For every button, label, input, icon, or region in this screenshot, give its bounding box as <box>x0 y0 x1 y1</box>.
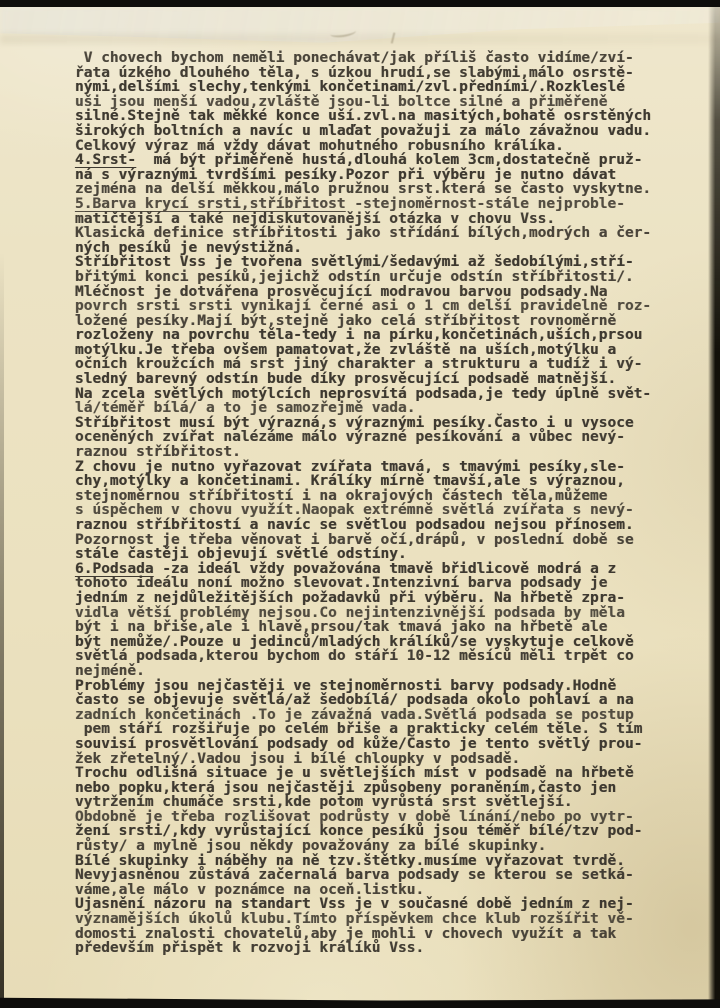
document-line: jedním z nejdůležitějších požadavků při … <box>75 591 681 606</box>
document-line: Nevyjasněnou zůstává začernalá barva pod… <box>75 868 681 883</box>
document-line: Ujasnění názoru na standart Vss je v sou… <box>75 897 681 912</box>
scan-edge-right <box>708 0 720 1008</box>
document-line: vytržením chumáče srsti,kde potom vyrůst… <box>75 795 681 810</box>
document-line: 6.Podsada -za ideál vždy považována tmav… <box>75 562 681 577</box>
document-line: motýlku.Je třeba ovšem pamatovat,že zvlá… <box>75 343 681 358</box>
document-line: ná s výraznými tvrdšími pesíky.Pozor při… <box>75 168 681 183</box>
document-line: zejména na delší měkkou,málo pružnou srs… <box>75 182 681 197</box>
document-line: Obdobně je třeba rozlišovat podrůsty v d… <box>75 810 681 825</box>
document-line: Problémy jsou nejčastěji ve stejnoměrnos… <box>75 679 681 694</box>
scan-edge-left <box>0 0 4 1008</box>
document-line: lá/téměř bílá/ a to je samozřejmě vada. <box>75 401 681 416</box>
document-line: souvisí prosvětlování podsady od kůže/Ča… <box>75 737 681 752</box>
document-line: sledný barevný odstín bude díky prosvěcu… <box>75 372 681 387</box>
document-line: pem stáří rozšiřuje po celém břiše a pra… <box>75 722 681 737</box>
scanned-document: { "document": { "type": "scanned typewri… <box>0 0 720 1008</box>
document-line: břitými konci pesíků,jejichž odstín urču… <box>75 270 681 285</box>
document-line: V chovech bychom neměli ponechávat/jak p… <box>75 51 681 66</box>
document-line: Z chovu je nutno vyřazovat zvířata tmavá… <box>75 460 681 475</box>
document-line: vidla větší problémy nejsou.Co nejintenz… <box>75 606 681 621</box>
text-block: V chovech bychom neměli ponechávat/jak p… <box>75 51 681 956</box>
document-line: žení srsti/,kdy vyrůstající konce pesíků… <box>75 824 681 839</box>
document-line: 4.Srst- má být přiměřeně hustá,dlouhá ko… <box>75 153 681 168</box>
document-line: být i na břiše,ale i hlavě,prsou/tak tma… <box>75 620 681 635</box>
document-line: váme,ale málo v poznámce na oceň.listku. <box>75 883 681 898</box>
underlined-heading: 5.Barva krycí srsti,stříbřitost <box>75 196 346 212</box>
document-line: raznou stříbřitostí a navíc se světlou p… <box>75 518 681 533</box>
document-line: Stříbřitost Vss je tvořena světlými/šeda… <box>75 255 681 270</box>
document-line: 5.Barva krycí srsti,stříbřitost -stejnom… <box>75 197 681 212</box>
document-line: Celkový výraz má vždy dávat mohutného ro… <box>75 139 681 154</box>
document-line: chy,motýlky a končetinami. Králíky mírně… <box>75 474 681 489</box>
document-line: stále častěji objevují světlé odstíny. <box>75 547 681 562</box>
document-line: Pozornost je třeba věnovat i barvě očí,d… <box>75 533 681 548</box>
document-line: Trochu odlišná situace je u světlejších … <box>75 766 681 781</box>
document-line: raznou stříbřitost. <box>75 445 681 460</box>
document-line: nejméně. <box>75 664 681 679</box>
document-line: s úspěchem v chovu využít.Naopak extrémn… <box>75 503 681 518</box>
document-line: řata úzkého dlouhého těla, s úzkou hrudí… <box>75 66 681 81</box>
document-line: rozloženy na povrchu těla-tedy i na pírk… <box>75 328 681 343</box>
document-line: ných pesíků je nevýstižná. <box>75 241 681 256</box>
document-line: tohoto ideálu noní možno slevovat.Intenz… <box>75 576 681 591</box>
document-line: očních kroužcích má srst jiný charakter … <box>75 357 681 372</box>
document-line: matičtější a také nejdiskutovanější otáz… <box>75 212 681 227</box>
underlined-heading: 4.Srst- <box>75 152 136 168</box>
document-line: oceněných zvířat nalézáme málo výrazné p… <box>75 430 681 445</box>
document-line: zadních končetinách .To je závažná vada.… <box>75 708 681 723</box>
document-line: významějších úkolů klubu.Tímto příspěvke… <box>75 912 681 927</box>
document-line: uši jsou menší vadou,zvláště jsou-li bol… <box>75 95 681 110</box>
document-line: růsty/ a mylně jsou někdy považovány za … <box>75 839 681 854</box>
document-line: Mléčnost je dotvářena prosvěcující modra… <box>75 285 681 300</box>
document-line: nými,delšími slechy,tenkými končetinami/… <box>75 80 681 95</box>
document-line: žek zřetelný/.Vadou jsou i bílé chloupky… <box>75 752 681 767</box>
document-line: stejnoměrnou stříbřitostí i na okrajovýc… <box>75 489 681 504</box>
document-line: Na zcela světlých motýlcích neprosvítá p… <box>75 387 681 402</box>
underlined-heading: 6.Podsada <box>75 561 154 577</box>
document-line: často se objevuje světlá/až šedobílá/ po… <box>75 693 681 708</box>
document-line: povrch srsti srsti vynikají černé asi o … <box>75 299 681 314</box>
paper-fold-shadow <box>0 34 720 44</box>
document-line: Klasická definice stříbřitosti jako stří… <box>75 226 681 241</box>
document-line: širokých boltních a navíc u mlaďat považ… <box>75 124 681 139</box>
document-line: především přispět k rozvoji králíků Vss. <box>75 941 681 956</box>
document-line: světlá podsada,kterou bychom do stáří 10… <box>75 649 681 664</box>
scan-edge-top <box>0 0 720 7</box>
document-line: ložené pesíky.Mají být,stejně jako celá … <box>75 314 681 329</box>
document-line: silné.Stejně tak měkké konce uší.zvl.na … <box>75 109 681 124</box>
